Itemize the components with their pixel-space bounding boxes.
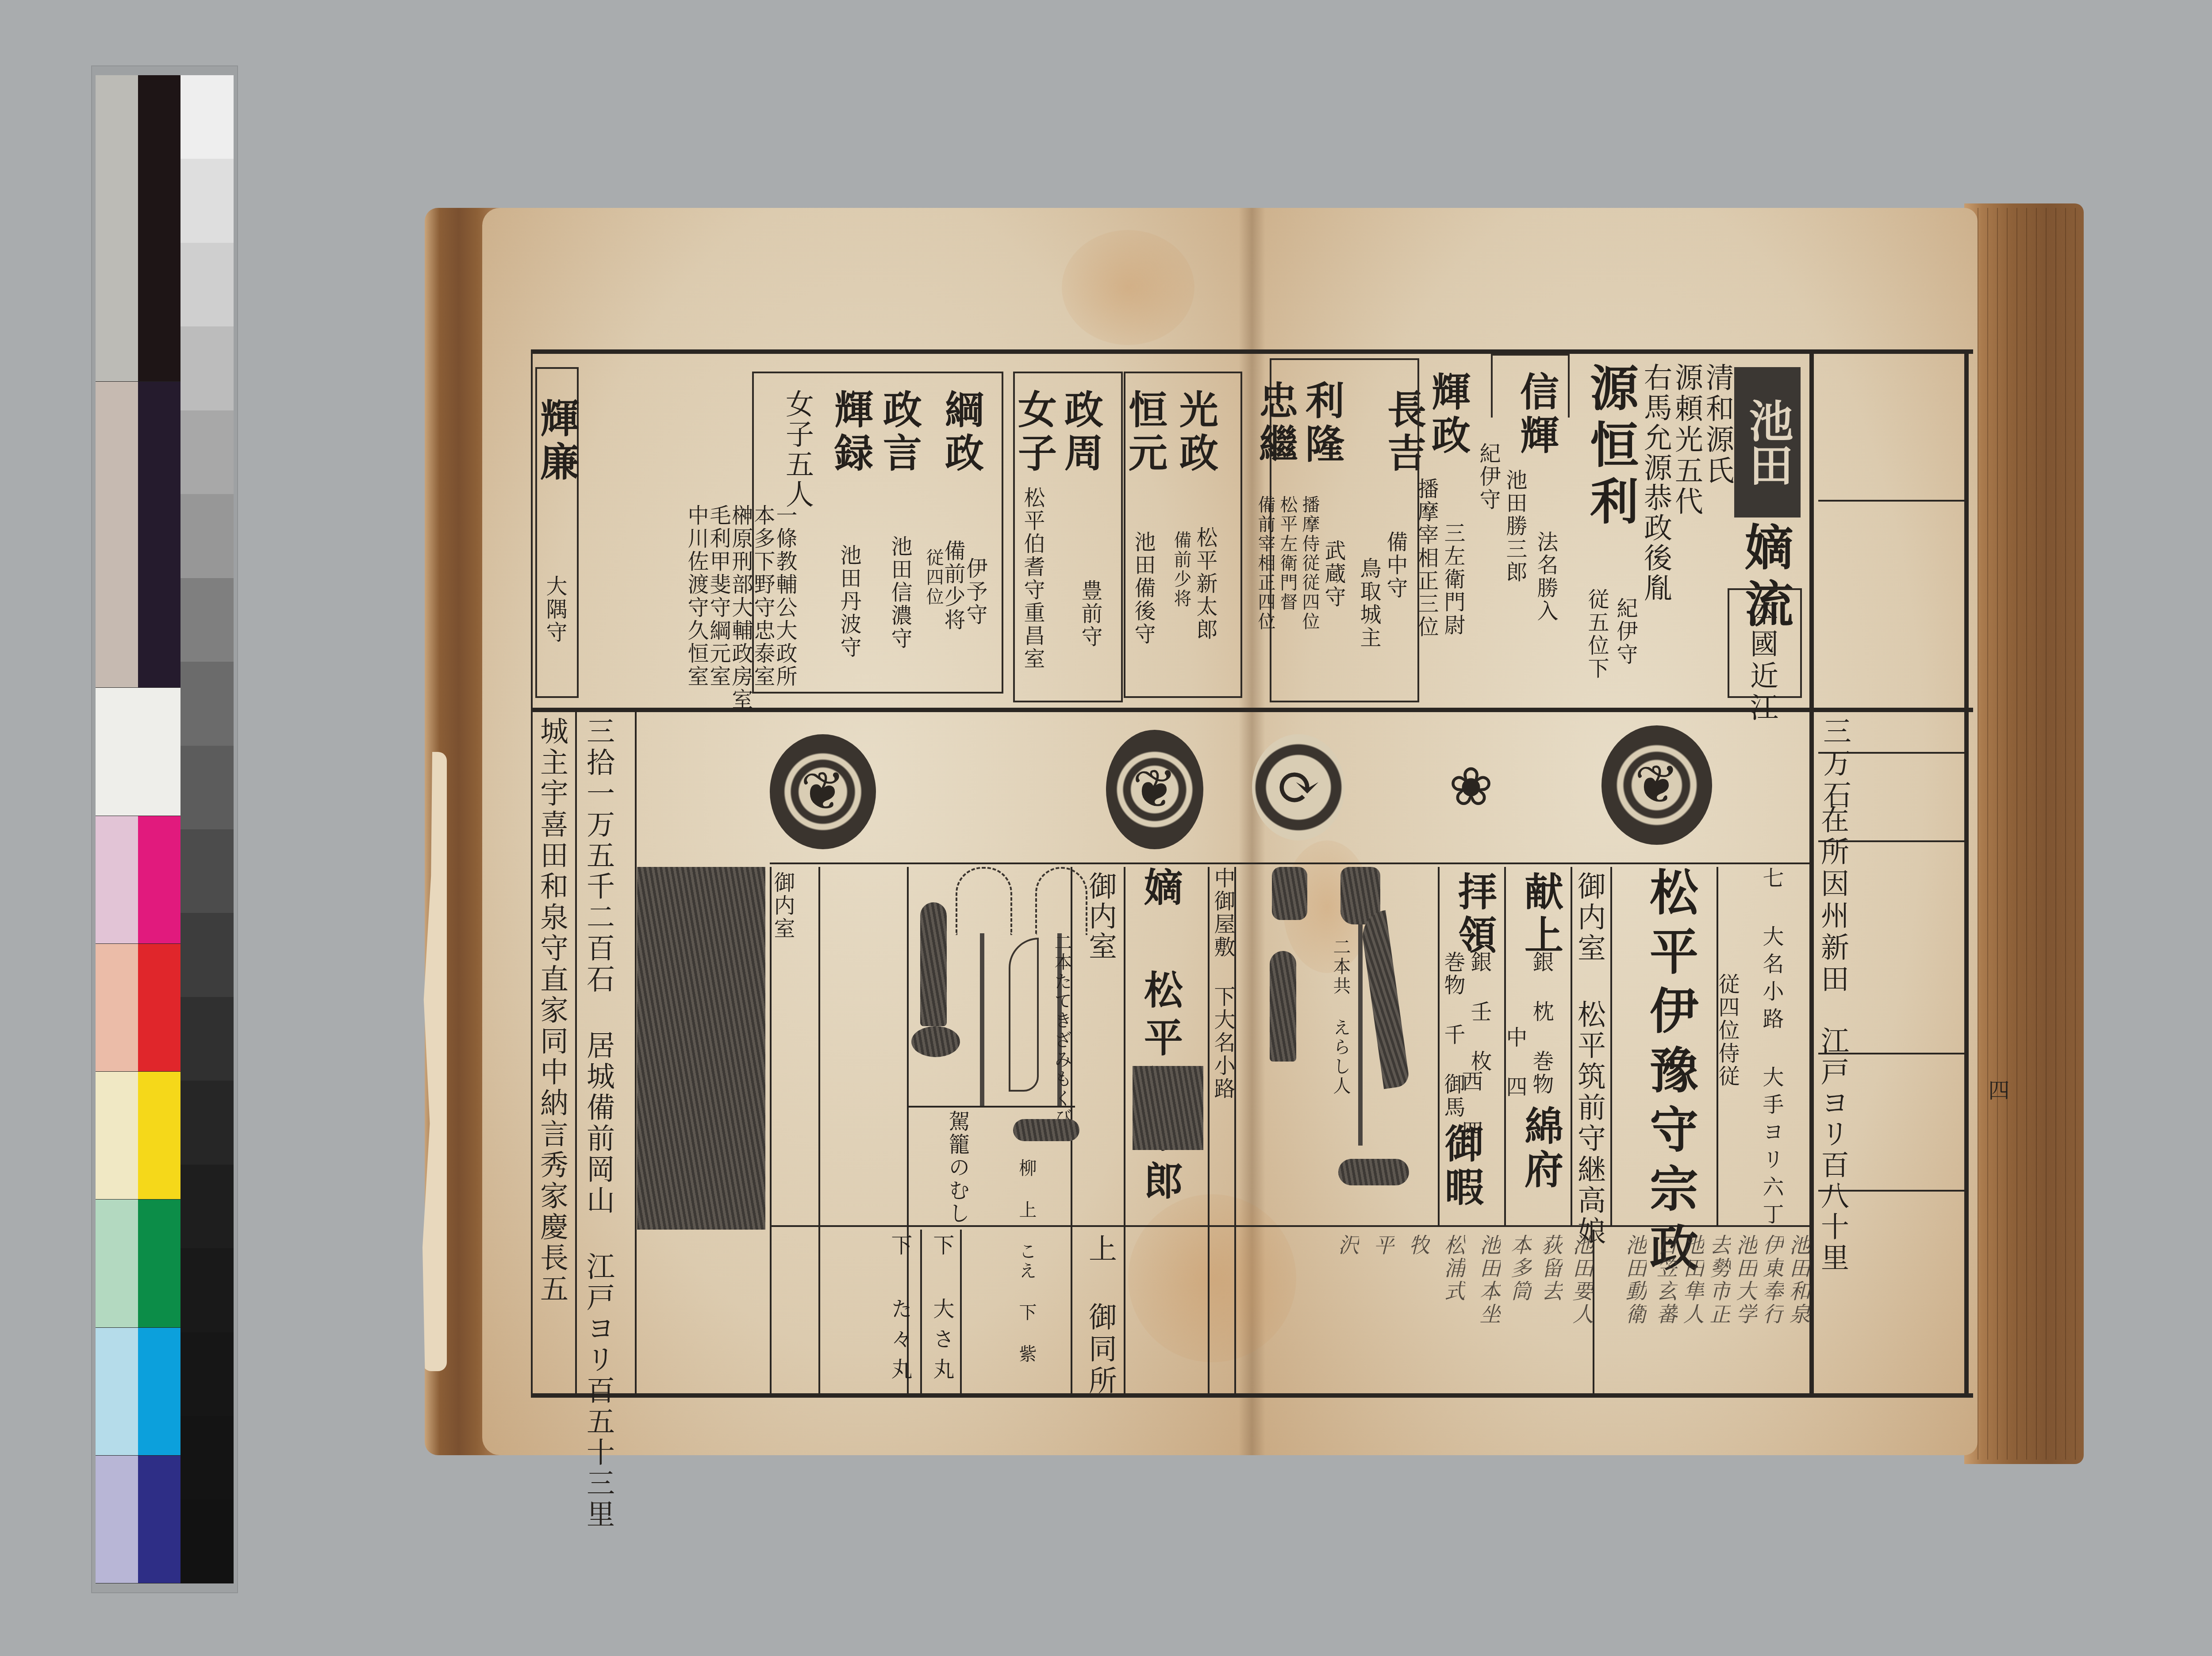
member-note: 池田備後守 — [1133, 531, 1154, 646]
member-name: 女子五人 — [783, 389, 811, 510]
member-name: 綱政 — [942, 389, 981, 476]
weapon-note: 二本共 えらし人 — [1332, 938, 1349, 1096]
banner-tassel-icon — [920, 902, 947, 1026]
tribute-item: 綿府 — [1522, 1106, 1561, 1192]
paulownia-crest-icon: ❦ — [1601, 725, 1712, 845]
lord-name: 松平伊豫守宗政 — [1646, 867, 1694, 1282]
branch-info: 三拾一万五千二百石 居城備前岡山 江戸ヨリ百五十三里 — [584, 717, 612, 1530]
top-border-rule — [531, 349, 1973, 354]
member-name: 女子 — [1015, 389, 1054, 476]
court-rank: 従四位侍従 — [1717, 973, 1738, 1088]
retainer: 沢 — [1336, 1234, 1357, 1257]
castle-info: 城主宇喜田和泉守直家同中納言秀家慶長五 — [538, 717, 566, 1305]
open-book: 池田 嫡流 本國近江 清和源氏 源頼光五代 右馬允源恭政後胤 源恒利 紀伊守 従… — [0, 0, 2212, 1656]
black-seal-icon — [1133, 1066, 1203, 1150]
member-note: 伊予守 — [964, 557, 986, 626]
crest-glyph: ❦ — [1133, 763, 1177, 816]
retainer: 平 — [1371, 1234, 1393, 1257]
hat-box-icon — [1013, 1119, 1079, 1141]
address: 七 大名小路 大手ヨリ六丁 — [1761, 867, 1782, 1230]
horse-note: 駕籠のむし — [947, 1110, 968, 1225]
member-note: 従四位 — [925, 548, 942, 607]
right-frame-rule — [1964, 349, 1969, 1398]
bottom-border-rule — [531, 1393, 1973, 1398]
grant-item: 御暇 — [1442, 1123, 1481, 1210]
right-inner-rule-top — [1809, 349, 1814, 717]
ancestor-note: 法名勝入 — [1535, 531, 1556, 623]
member-name: 政言 — [880, 389, 919, 476]
member-note: 毛利甲斐守綱元室 — [708, 504, 729, 688]
ancestor-name: 信輝 — [1517, 372, 1556, 458]
spear-shaft-icon — [980, 933, 984, 1106]
foxing-stain — [1128, 1194, 1296, 1362]
ancestor-name: 源恒利 — [1586, 363, 1635, 533]
member-note: 松平伯耆守重昌室 — [1022, 487, 1043, 671]
horse-note: 柳 上 こえ 下 紫 — [1018, 1159, 1035, 1364]
floral-crest-icon: ❀ — [1433, 730, 1509, 845]
member-name: 光政 — [1177, 389, 1216, 476]
member-name: 政周 — [1062, 389, 1101, 476]
column-rule — [1438, 867, 1440, 1225]
ancestor-note: 池田勝三郎 — [1504, 469, 1525, 584]
swirl-crest-icon: ⟳ — [1252, 734, 1345, 840]
lineage-line-2: 源頼光五代 — [1672, 363, 1701, 517]
column-rule — [960, 1230, 962, 1393]
member-note: 池田丹波守 — [838, 544, 860, 659]
wife-label-2: 御内室 — [772, 871, 793, 940]
ancestor-note: 武蔵守 — [1323, 540, 1344, 609]
ancestor-note: 従五位下 — [1586, 588, 1607, 680]
crest-glyph: ❦ — [1635, 759, 1679, 812]
retainer: 牧 — [1407, 1234, 1428, 1257]
lineage-line-3: 右馬允源恭政後胤 — [1641, 363, 1670, 603]
retainer: 松浦式 — [1442, 1234, 1463, 1303]
member-note: 榊原刑部大輔政房室 — [730, 504, 751, 711]
column-rule — [1504, 867, 1506, 1225]
banner-tassel-icon — [1270, 951, 1296, 1062]
ancestor-name: 忠繼 — [1256, 380, 1295, 467]
retainer: 池田本坐 — [1478, 1234, 1499, 1326]
retainer: 去勢市正 — [1708, 1234, 1729, 1326]
branch-lord-name: 嫡 松平新十郎 — [1141, 867, 1180, 1208]
member-note: 備前少将 — [1172, 531, 1190, 609]
wife-label: 御内室 — [1086, 871, 1114, 962]
member-note: 備前少将 — [942, 540, 964, 632]
retainer: 伊東奉行 — [1761, 1234, 1782, 1326]
ancestor-note: 播摩侍従従四位 — [1301, 495, 1318, 632]
lower-label: 下 た々丸 — [889, 1234, 910, 1388]
column-rule — [818, 867, 820, 1393]
tribute-item: 銀 枕 巻物 — [1531, 951, 1552, 1096]
wife-entry: 御内室 松平筑前守継高娘 — [1575, 871, 1603, 1247]
kokudaka: 三万石 — [1820, 717, 1849, 812]
grant-item: 銀 壬 枚 — [1469, 951, 1490, 1073]
column-rule — [1571, 867, 1572, 1225]
foxing-stain — [1062, 230, 1194, 345]
ancestor-note: 三左衛門尉 — [1442, 522, 1463, 637]
ancestor-name: 利隆 — [1303, 380, 1342, 467]
member-note: 大隅守 — [544, 575, 565, 644]
tassel-cap-icon — [911, 1026, 960, 1057]
lower-label: 下 大さ丸 — [931, 1234, 952, 1388]
retainer: 池田和泉 — [1787, 1234, 1809, 1326]
member-name: 輝録 — [832, 389, 871, 476]
retainer: 荻留去 — [1540, 1234, 1561, 1303]
ancestor-note: 備前宰相正四位 — [1256, 495, 1274, 632]
member-note: 松平新太郎 — [1194, 526, 1216, 641]
tribute-item: 中 四 — [1504, 1026, 1525, 1099]
paulownia-crest-icon: ❦ — [1106, 730, 1203, 849]
retainer: 日笠玄蕃 — [1655, 1234, 1676, 1326]
member-note: 一條教輔公大政所 — [774, 504, 795, 688]
ancestor-note: 松平左衛門督 — [1279, 495, 1296, 612]
side-cell-rule — [1818, 500, 1964, 502]
crest-glyph: ❦ — [801, 765, 845, 818]
residence: 在所因州新田 — [1818, 805, 1847, 996]
member-note: 池田信濃守 — [889, 535, 910, 650]
inner-residence: 中御屋敷 下大名小路 — [1212, 867, 1233, 1100]
page-stack-lines — [1978, 208, 2079, 1460]
paulownia-crest-icon: ❦ — [770, 734, 876, 849]
member-name: 恒元 — [1126, 389, 1165, 476]
retainer: 池田動衛 — [1624, 1234, 1645, 1326]
column-rule — [920, 1230, 922, 1393]
black-ink-block — [637, 867, 765, 1230]
column-rule — [1610, 867, 1612, 1225]
sub-entry: 上 御同所 — [1086, 1234, 1114, 1398]
tribute-label: 献上 — [1522, 871, 1561, 958]
column-rule — [770, 867, 772, 1393]
member-note: 豊前守 — [1079, 579, 1101, 648]
column-rule — [635, 708, 637, 1393]
retainer: 池田隼人 — [1681, 1234, 1702, 1326]
spear-cover-icon — [1035, 867, 1087, 935]
left-frame-rule — [531, 349, 533, 1398]
column-rule — [575, 708, 577, 1393]
member-note: 本多下野守忠泰室 — [752, 504, 773, 688]
crest-row-rule — [770, 862, 1814, 864]
retainer: 池田大学 — [1734, 1234, 1755, 1326]
crest-glyph: ❀ — [1449, 761, 1494, 814]
retainer: 本多筒 — [1509, 1234, 1530, 1303]
naginata-blade-icon — [1009, 938, 1039, 1092]
ancestor-note: 紀伊守 — [1478, 442, 1499, 511]
origin-label: 本國近江 — [1747, 597, 1776, 724]
crest-glyph: ⟳ — [1276, 761, 1321, 814]
member-note: 中川佐渡守久恒室 — [686, 504, 707, 688]
hat-box-icon — [1338, 1159, 1409, 1185]
column-rule — [1124, 867, 1125, 1393]
lineage-line-1: 清和源氏 — [1703, 363, 1732, 487]
spear-shaft-icon — [1358, 924, 1363, 1146]
member-name: 輝廉 — [538, 398, 576, 485]
page-number: 四 — [1986, 1079, 2008, 1102]
family-name-stamp: 池田 — [1734, 367, 1801, 517]
column-rule — [1208, 867, 1210, 1393]
spear-sheath-icon — [1272, 867, 1307, 920]
retainer: 池田要人 — [1571, 1234, 1592, 1326]
grant-label: 拝領 — [1455, 871, 1494, 958]
ancestor-name: 輝政 — [1429, 372, 1468, 458]
ancestor-note: 紀伊守 — [1615, 597, 1636, 666]
distance-from-edo: 江戸ヨリ百八十里 — [1818, 1026, 1847, 1274]
family-name-text: 池田 — [1744, 398, 1791, 487]
spear-note: 二本たてきざみもくび — [1053, 933, 1071, 1128]
cell-rule — [907, 1106, 1075, 1108]
spear-cover-icon — [956, 867, 1012, 935]
